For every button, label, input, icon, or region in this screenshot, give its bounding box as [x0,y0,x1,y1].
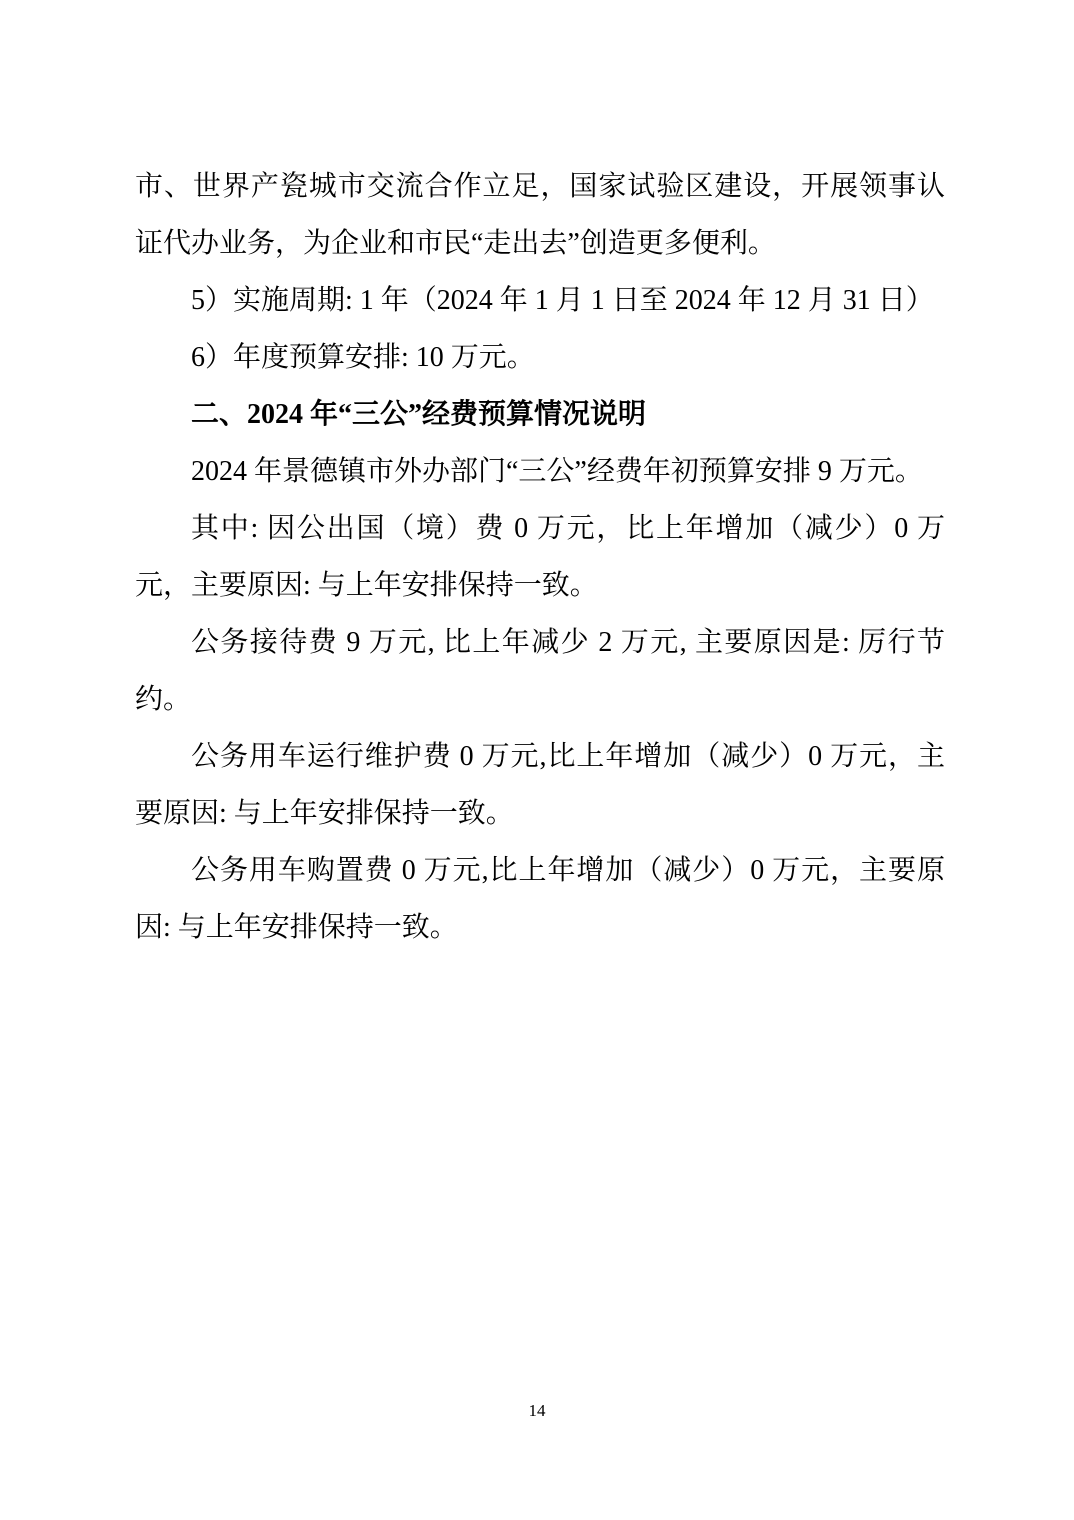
paragraph-continuation: 市、世界产瓷城市交流合作立足，国家试验区建设，开展领事认证代办业务，为企业和市民… [135,158,945,272]
section-heading: 二、2024 年“三公”经费预算情况说明 [135,386,945,443]
paragraph-reception-expense: 公务接待费 9 万元, 比上年减少 2 万元, 主要原因是: 厉行节约。 [135,614,945,728]
document-page: 市、世界产瓷城市交流合作立足，国家试验区建设，开展领事认证代办业务，为企业和市民… [0,0,1074,1520]
paragraph-vehicle-maintenance: 公务用车运行维护费 0 万元,比上年增加（减少）0 万元，主要原因: 与上年安排… [135,728,945,842]
paragraph-abroad-expense: 其中: 因公出国（境）费 0 万元，比上年增加（减少）0 万元，主要原因: 与上… [135,500,945,614]
list-item-implementation-period: 5）实施周期: 1 年（2024 年 1 月 1 日至 2024 年 12 月 … [135,272,945,329]
body-text: 市、世界产瓷城市交流合作立足，国家试验区建设，开展领事认证代办业务，为企业和市民… [135,158,945,956]
list-item-annual-budget: 6）年度预算安排: 10 万元。 [135,329,945,386]
paragraph-budget-total: 2024 年景德镇市外办部门“三公”经费年初预算安排 9 万元。 [135,443,945,500]
paragraph-vehicle-purchase: 公务用车购置费 0 万元,比上年增加（减少）0 万元，主要原因: 与上年安排保持… [135,842,945,956]
page-number: 14 [0,1400,1074,1422]
